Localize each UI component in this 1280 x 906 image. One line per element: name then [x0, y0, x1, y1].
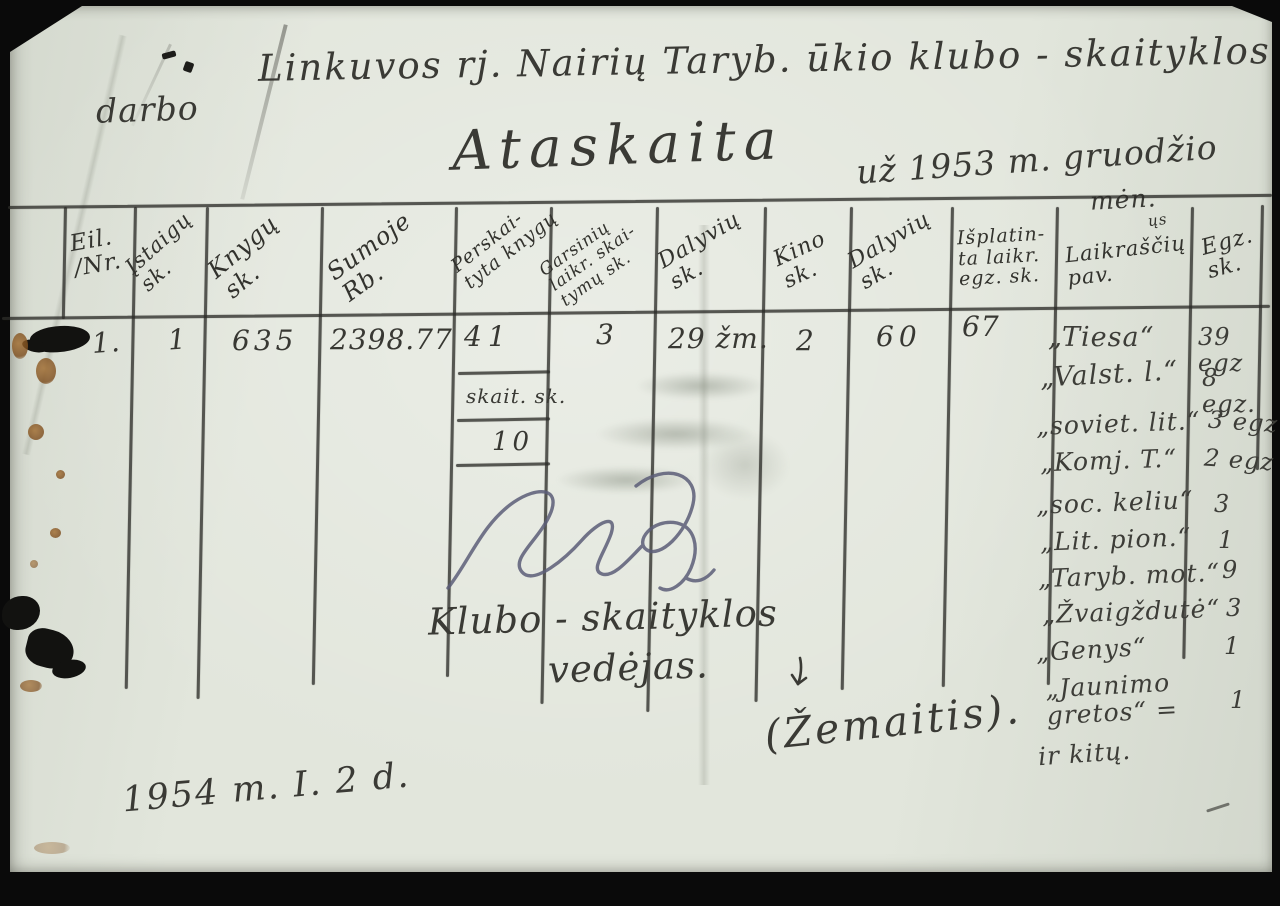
newspaper-name: „Komj. T.“: [1040, 445, 1178, 477]
signature-role-line2: vedėjas.: [547, 645, 709, 691]
rust-stain: [34, 842, 70, 854]
cell-knygu-sk: 635: [232, 326, 297, 356]
document-title-darbo: darbo: [95, 90, 199, 129]
newspaper-name: „Jaunimo gretos“ =: [1045, 669, 1179, 730]
paper-corner-shadow-tl: [10, 6, 82, 52]
rust-stain: [12, 333, 28, 359]
newspaper-copies: 3: [1226, 596, 1242, 622]
col-header-eil-nr: Eil. /Nr.: [68, 224, 124, 281]
rust-stain: [20, 680, 42, 692]
newspaper-copies: 1: [1218, 528, 1234, 554]
cell-dalyviu-sk-2: 60: [876, 322, 922, 352]
newspaper-name: „Žvaigždutė“: [1042, 595, 1221, 628]
report-title: Ataskaita: [451, 110, 785, 181]
newspaper-copies: 1: [1230, 688, 1246, 714]
cell-isplatinta-egz-sk: 67: [962, 312, 1000, 342]
readers-sub-value: 10: [492, 428, 533, 456]
showthrough-smudge: [636, 372, 766, 400]
newspaper-copies: 9: [1222, 558, 1238, 584]
newspaper-name: „Genys“: [1035, 633, 1147, 666]
arrow-mark: [790, 656, 810, 690]
signature-role-line1: Klubo - skaityklos: [428, 593, 779, 642]
newspaper-name: „soviet. lit.“: [1036, 407, 1201, 440]
newspaper-copies: 3: [1214, 492, 1230, 518]
newspaper-name: „soc. keliu“: [1036, 486, 1194, 518]
rust-stain: [30, 560, 38, 568]
scanned-document-page: Linkuvos rj. Nairių Taryb. ūkio klubo - …: [0, 0, 1280, 906]
rust-stain: [36, 358, 56, 384]
rust-stain: [50, 528, 61, 538]
newspaper-name: „Lit. pion.“: [1040, 523, 1192, 555]
paper-corner-shadow-tr: [1232, 6, 1272, 22]
rust-stain: [28, 424, 44, 440]
readers-sub-label: skait. sk.: [466, 386, 566, 408]
cell-istaigu-sk: 1: [167, 324, 188, 355]
newspaper-copies: 3 egz: [1207, 408, 1279, 439]
newspaper-name: ir kitų.: [1037, 737, 1132, 770]
newspaper-copies: 1: [1224, 634, 1240, 660]
col-header-isplatinta-egz: Išplatin- ta laikr. egz. sk.: [956, 224, 1047, 290]
cell-eil-nr: 1.: [91, 327, 122, 359]
newspaper-name: „Tiesa“: [1048, 323, 1154, 352]
newspaper-name: „Taryb. mot.“: [1038, 559, 1221, 592]
rust-stain: [56, 470, 65, 479]
newspaper-copies: 2 egz: [1203, 446, 1275, 477]
cell-garsiniu-skaitymu-sk: 3: [596, 320, 615, 350]
cell-kino-sk: 2: [796, 326, 815, 356]
cell-perskaityta-knygu: 41: [464, 322, 512, 352]
cell-suma-rb: 2398.77: [330, 325, 453, 355]
cell-dalyviu-sk-1: 29 žm.: [668, 324, 769, 354]
report-period-month: mėn.: [1089, 184, 1157, 214]
col-header-laikrasciu-note: ųs: [1147, 211, 1168, 230]
newspaper-name: „Valst. l.“: [1039, 356, 1178, 392]
